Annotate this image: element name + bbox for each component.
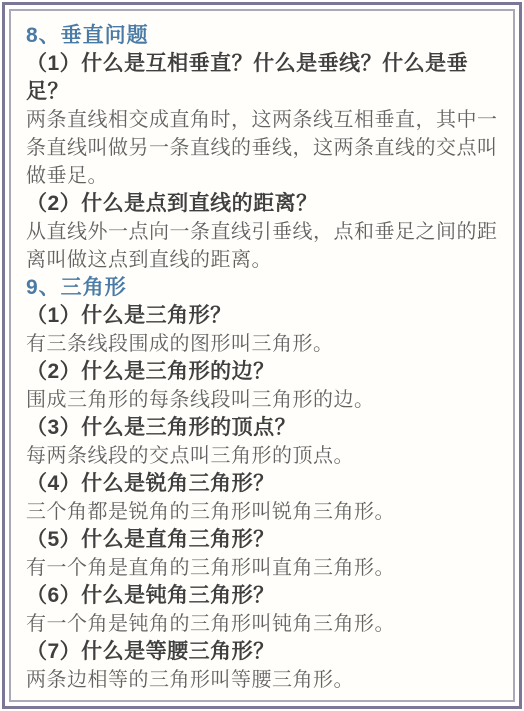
answer: 每两条线段的交点叫三角形的顶点。 [26,442,499,470]
section-heading-8: 8、垂直问题 [26,22,499,50]
question: （1）什么是互相垂直？什么是垂线？什么是垂足？ [26,50,499,106]
section-heading-9: 9、三角形 [26,274,499,302]
answer: 三个角都是锐角的三角形叫锐角三角形。 [26,498,499,526]
outer-border-frame: 8、垂直问题 （1）什么是互相垂直？什么是垂线？什么是垂足？ 两条直线相交成直角… [2,2,522,709]
answer: 有三条线段围成的图形叫三角形。 [26,330,499,358]
question: （3）什么是三角形的顶点？ [26,414,499,442]
question: （2）什么是点到直线的距离？ [26,190,499,218]
answer: 围成三角形的每条线段叫三角形的边。 [26,386,499,414]
question: （2）什么是三角形的边？ [26,358,499,386]
answer: 从直线外一点向一条直线引垂线，点和垂足之间的距离叫做这点到直线的距离。 [26,218,499,274]
question: （1）什么是三角形？ [26,302,499,330]
question: （6）什么是钝角三角形？ [26,582,499,610]
answer: 有一个角是直角的三角形叫直角三角形。 [26,554,499,582]
answer: 有一个角是钝角的三角形叫钝角三角形。 [26,610,499,638]
answer: 两条直线相交成直角时，这两条线互相垂直，其中一条直线叫做另一条直线的垂线，这两条… [26,106,499,190]
content-panel: 8、垂直问题 （1）什么是互相垂直？什么是垂线？什么是垂足？ 两条直线相交成直角… [9,9,515,702]
question: （7）什么是等腰三角形？ [26,638,499,666]
answer: 两条边相等的三角形叫等腰三角形。 [26,666,499,694]
question: （5）什么是直角三角形？ [26,526,499,554]
question: （4）什么是锐角三角形？ [26,470,499,498]
document-page: 8、垂直问题 （1）什么是互相垂直？什么是垂线？什么是垂足？ 两条直线相交成直角… [0,0,524,711]
